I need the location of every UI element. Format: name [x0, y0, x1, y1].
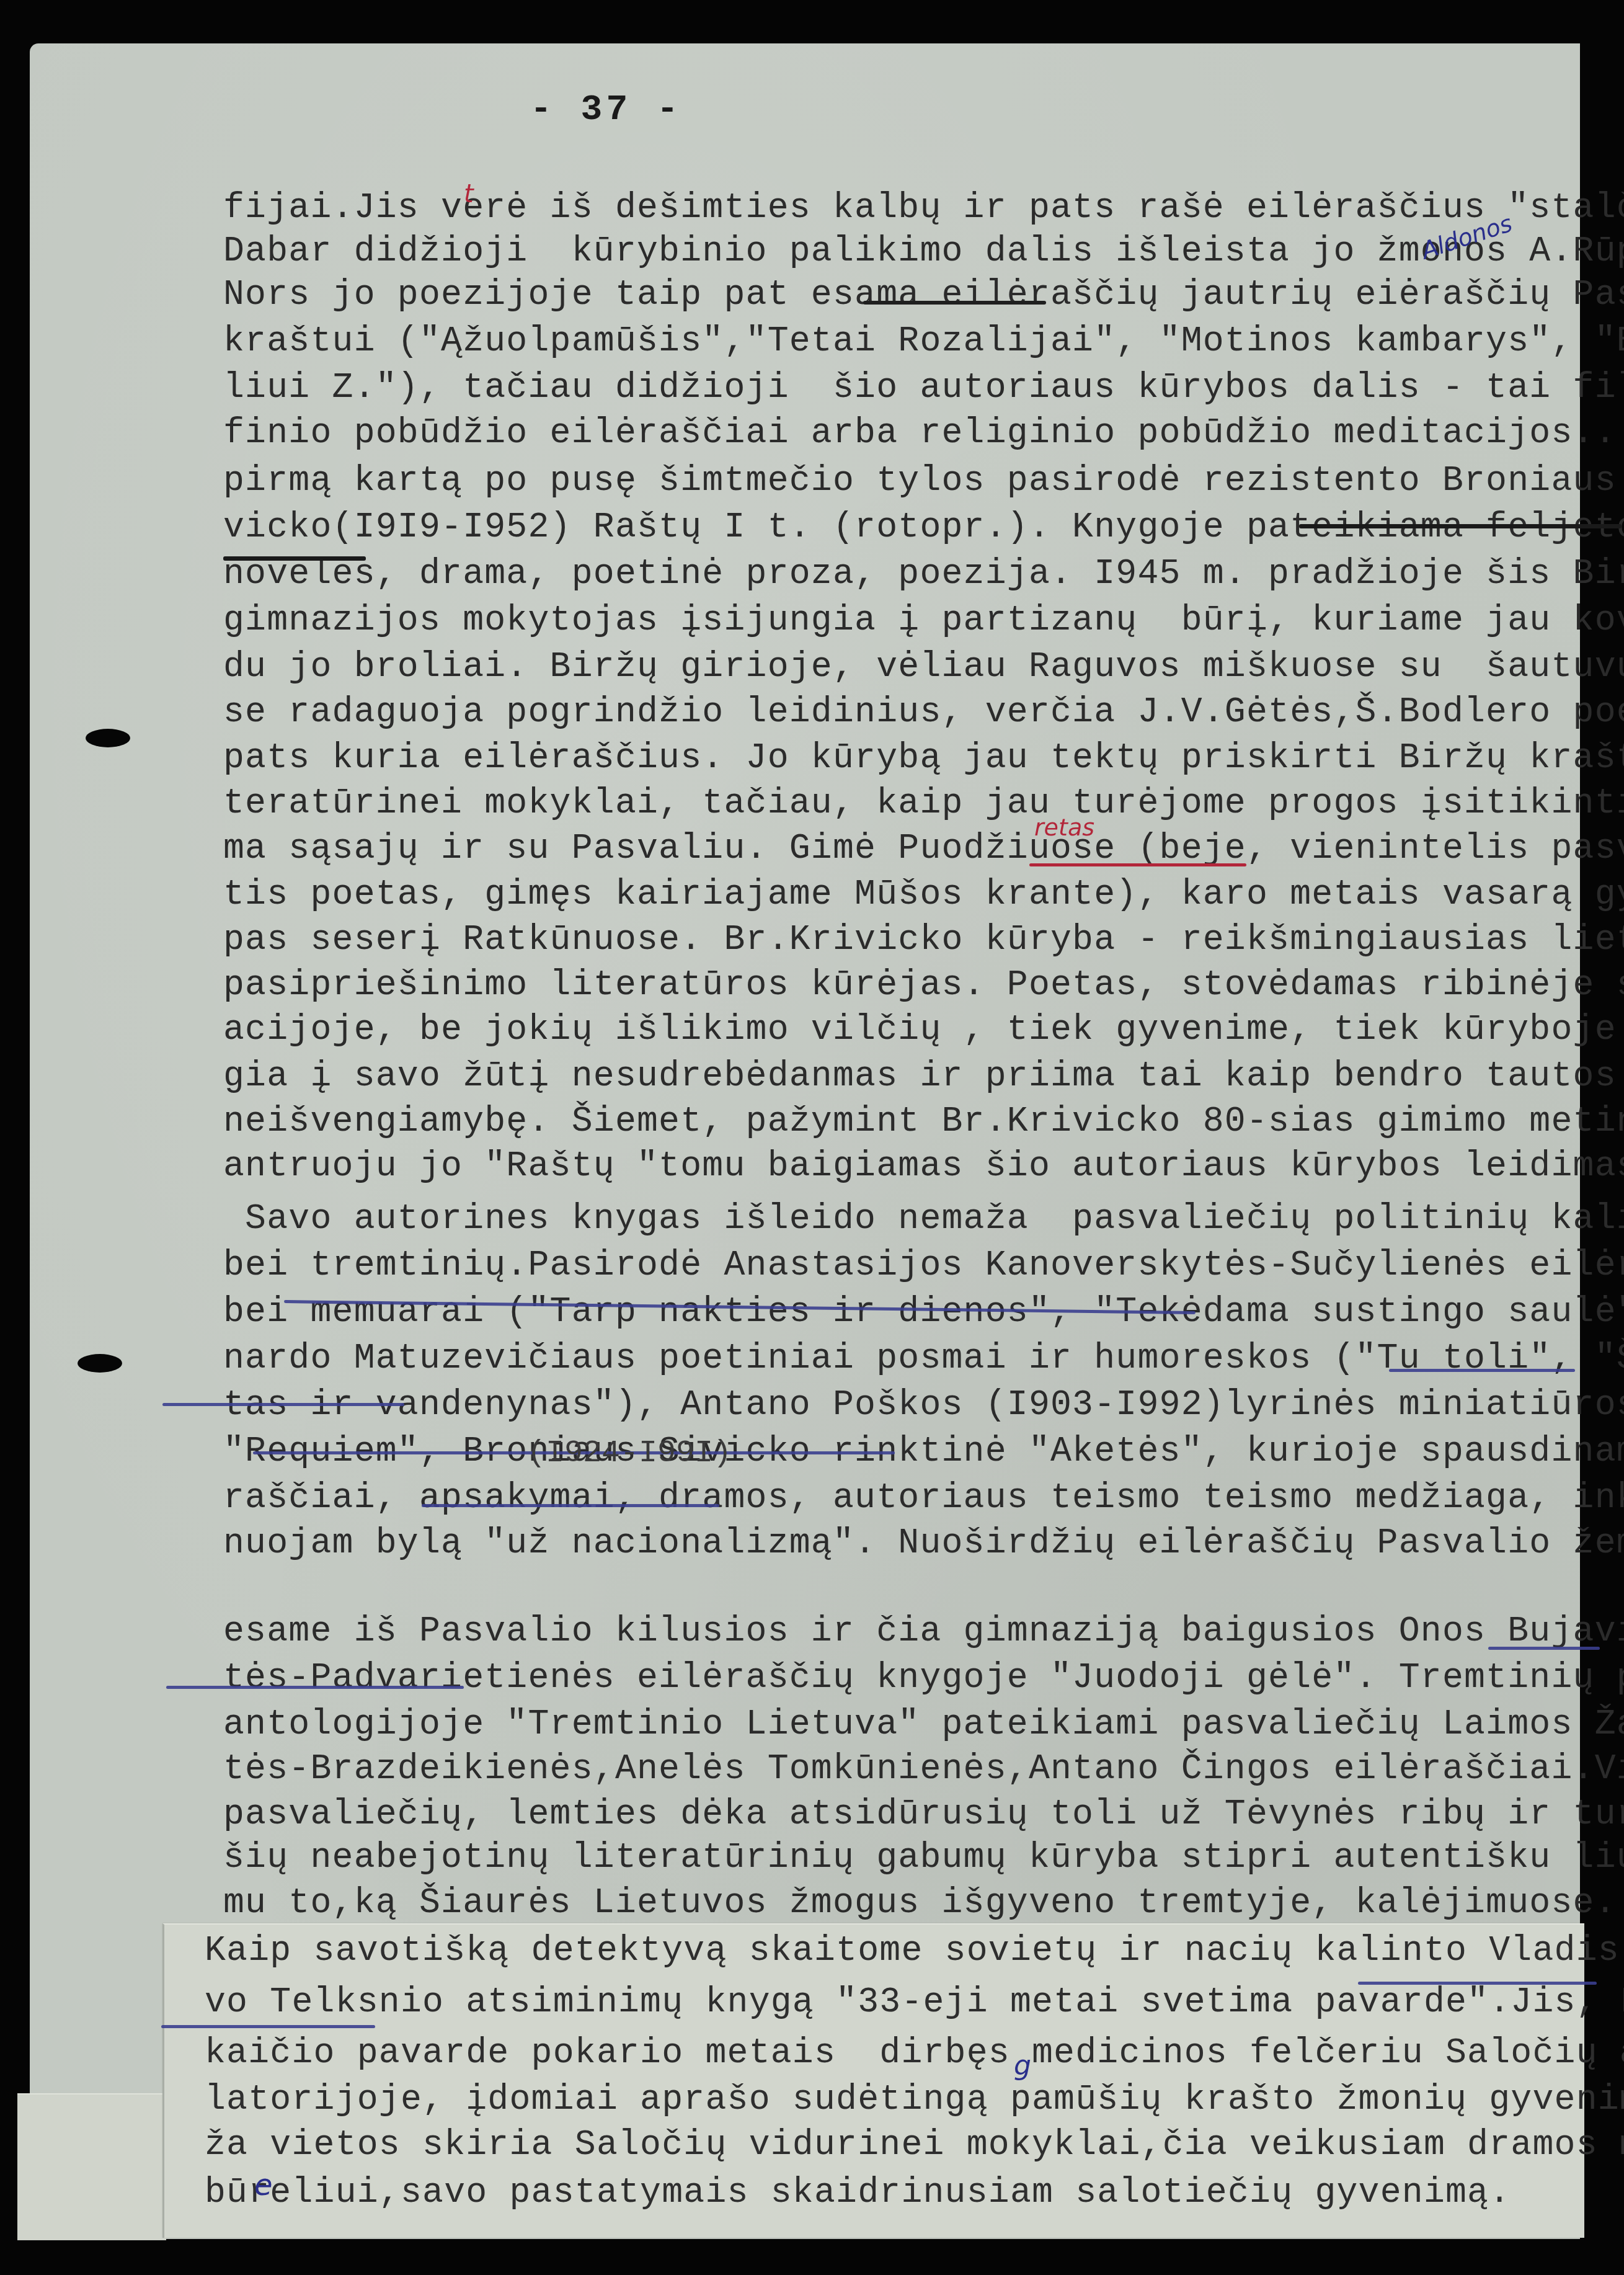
text-line: tas ir vandenynas"), Antano Poškos (I903…	[223, 1386, 1624, 1423]
text-line: pas seserį Ratkūnuose. Br.Krivicko kūryb…	[223, 921, 1624, 958]
blue-underline	[422, 1504, 719, 1507]
blue-underline	[162, 1403, 404, 1406]
black-underline	[1299, 524, 1622, 528]
text-line: tis poetas, gimęs kairiajame Mūšos krant…	[223, 876, 1624, 913]
blue-underline	[161, 2025, 375, 2028]
text-line: raščiai, apsakymai, dramos, autoriaus te…	[223, 1479, 1624, 1516]
text-line: tės-Padvarietienės eilėraščių knygoje "J…	[223, 1659, 1624, 1696]
text-line: pasipriešinimo literatūros kūrėjas. Poet…	[223, 966, 1624, 1004]
text-line: neišvengiamybę. Šiemet, pažymint Br.Kriv…	[223, 1103, 1624, 1140]
text-line: pasvaliečių, lemties dėka atsidūrusių to…	[223, 1796, 1624, 1833]
blue-underline	[1358, 1982, 1597, 1985]
text-line: teratūrinei mokyklai, tačiau, kaip jau t…	[223, 785, 1624, 822]
text-line: tės-Brazdeikienės,Anelės Tomkūnienės,Ant…	[223, 1750, 1624, 1787]
text-line: esame iš Pasvalio kilusios ir čia gimnaz…	[223, 1613, 1624, 1650]
text-line: bei memuarai ("Tarp nakties ir dienos", …	[223, 1293, 1624, 1330]
text-line: mu to,ką Šiaurės Lietuvos žmogus išgyven…	[223, 1884, 1617, 1921]
blue-underline	[1389, 1369, 1575, 1372]
text-line: būreliui,savo pastatymais skaidrinusiam …	[205, 2174, 1511, 2211]
text-line: pirmą kartą po pusę šimtmečio tylos pasi…	[223, 462, 1624, 499]
text-line: finio pobūdžio eilėraščiai arba religini…	[223, 414, 1624, 452]
text-line: liui Z."), tačiau didžioji šio autoriaus…	[223, 369, 1624, 406]
strikethrough-line	[863, 301, 1046, 305]
text-line: Dabar didžioji kūrybinio palikimo dalis …	[223, 233, 1624, 270]
text-line: šių neabejotinų literatūrinių gabumų kūr…	[223, 1839, 1624, 1876]
text-line: novelės, drama, poetinė proza, poezija. …	[223, 555, 1624, 592]
text-line: antologijoje "Tremtinio Lietuva" pateiki…	[223, 1706, 1624, 1743]
text-line: Savo autorines knygas išleido nemaža pas…	[223, 1200, 1624, 1237]
blue-underline	[1488, 1647, 1600, 1650]
text-line: bei tremtinių.Pasirodė Anastasijos Kanov…	[223, 1247, 1624, 1284]
text-line: nuojam bylą "už nacionalizmą". Nuoširdži…	[223, 1525, 1624, 1562]
handwritten-dates: (I924-I99I)	[527, 1436, 732, 1471]
text-line: ža vietos skiria Saločių vidurinei mokyk…	[205, 2126, 1624, 2163]
punch-hole-bottom	[78, 1354, 122, 1373]
text-line: gimnazijos mokytojas įsijungia į partiza…	[223, 602, 1624, 639]
text-line: gia į savo žūtį nesudrebėdanmas ir priim…	[223, 1057, 1624, 1095]
text-line: fijai.Jis verė iš dešimties kalbų ir pat…	[223, 189, 1624, 226]
text-line: kraštui ("Ąžuolpamūšis","Tetai Rozalijai…	[223, 323, 1624, 360]
text-line: se radaguoja pogrindžio leidinius, verči…	[223, 693, 1624, 731]
text-line: latorijoje, įdomiai aprašo sudėtingą pam…	[205, 2081, 1624, 2118]
red-insert-note: retas	[1034, 814, 1094, 841]
text-line: ma sąsajų ir su Pasvaliu. Gimė Puodžiuos…	[223, 830, 1624, 867]
black-underline	[223, 556, 366, 561]
text-line: Nors jo poezijoje taip pat esama eilėraš…	[223, 276, 1624, 313]
text-line: kaičio pavarde pokario metais dirbęs med…	[205, 2034, 1624, 2072]
pasted-slip-corner	[17, 2093, 166, 2240]
blue-insert-note: e	[254, 2168, 273, 2202]
text-line: Kaip savotišką detektyvą skaitome soviet…	[205, 1932, 1624, 1969]
red-strikethrough-line	[1029, 863, 1246, 866]
red-correction-mark: t	[464, 180, 474, 208]
blue-insert-note: g	[1014, 2050, 1031, 2081]
blue-underline	[166, 1686, 464, 1689]
text-line: acijoje, be jokių išlikimo vilčių , tiek…	[223, 1011, 1624, 1048]
punch-hole-top	[86, 729, 130, 747]
text-line: vo Telksnio atsiminimų knygą "33-eji met…	[205, 1983, 1624, 2021]
page-number: - 37 -	[530, 90, 682, 130]
text-line: pats kuria eilėraščius. Jo kūrybą jau te…	[223, 739, 1624, 777]
text-line: du jo broliai. Biržų girioje, vėliau Rag…	[223, 648, 1624, 685]
text-line: antruoju jo "Raštų "tomu baigiamas šio a…	[223, 1147, 1624, 1185]
